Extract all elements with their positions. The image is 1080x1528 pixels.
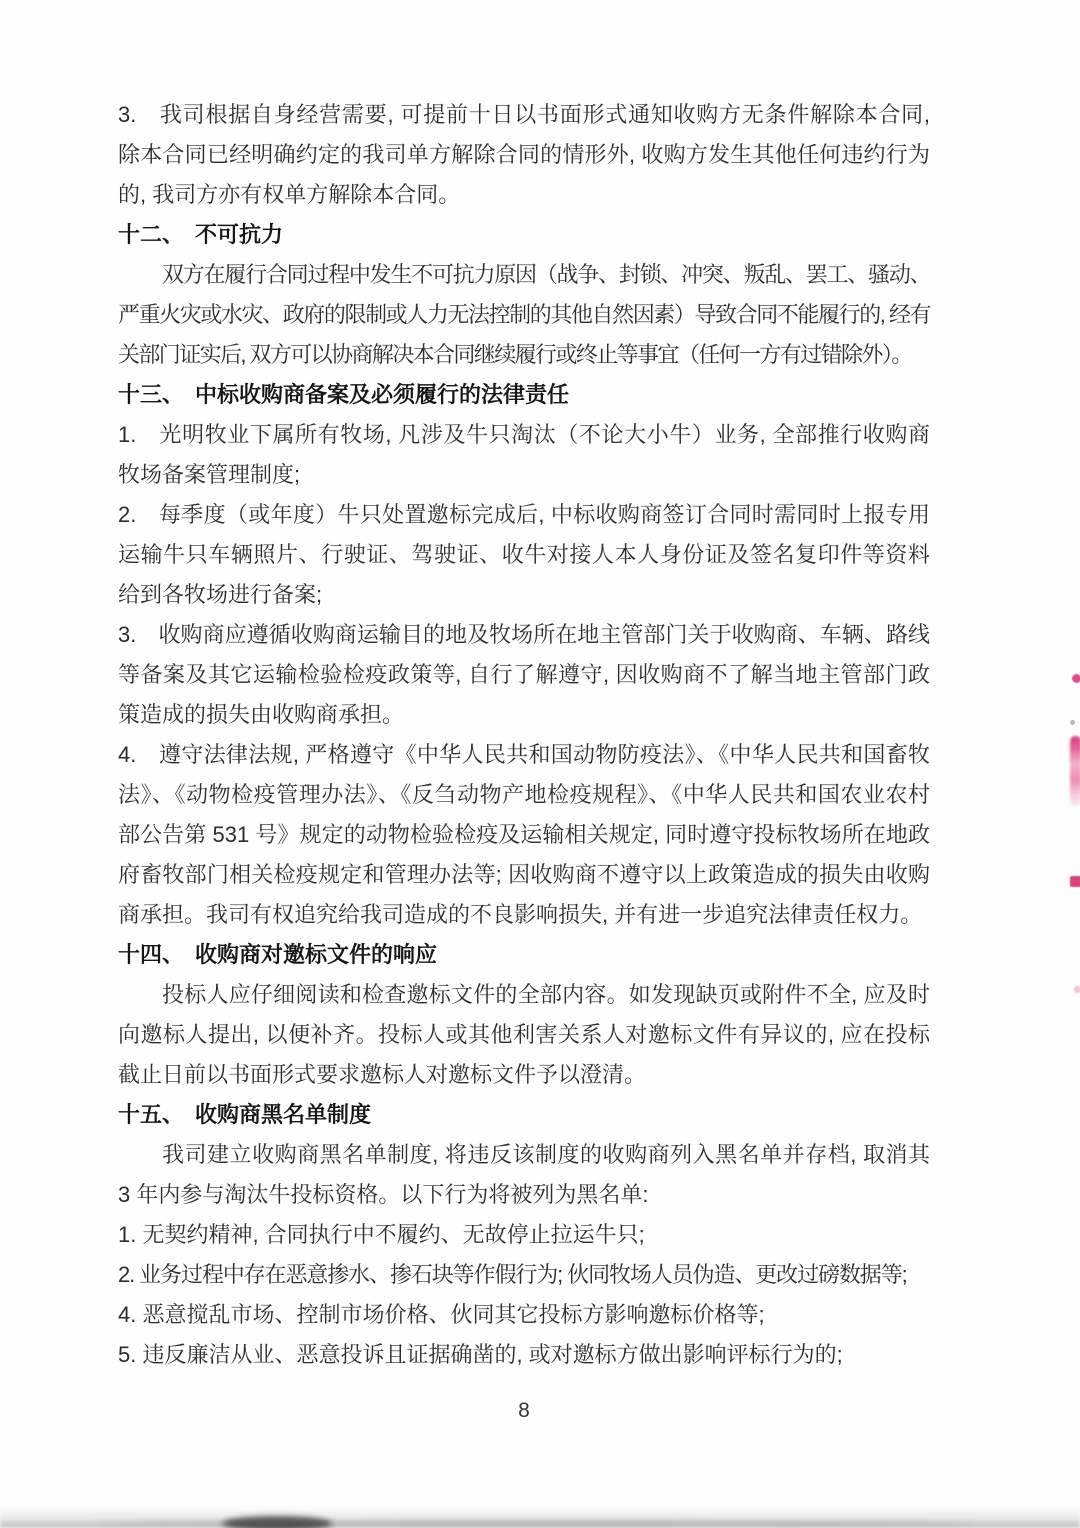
scan-stamp-square-mark — [1070, 876, 1080, 887]
doc-paragraph: 2. 每季度（或年度）牛只处置邀标完成后, 中标收购商签订合同时需同时上报专用运… — [118, 495, 930, 615]
doc-paragraph: 双方在履行合同过程中发生不可抗力原因（战争、封锁、冲突、叛乱、罢工、骚动、严重火… — [118, 255, 930, 375]
doc-paragraph: 投标人应仔细阅读和检查邀标文件的全部内容。如发现缺页或附件不全, 应及时向邀标人… — [118, 975, 930, 1095]
scan-stamp-faint-dot-mark — [1074, 986, 1080, 993]
scan-gray-speck-mark — [1070, 720, 1075, 725]
doc-paragraph: 5. 违反廉洁从业、恶意投诉且证据确凿的, 或对邀标方做出影响评标行为的; — [118, 1335, 930, 1375]
scan-bottom-smudge-blob — [222, 1516, 332, 1528]
doc-paragraph: 1. 光明牧业下属所有牧场, 凡涉及牛只淘汰（不论大小牛）业务, 全部推行收购商… — [118, 415, 930, 495]
scan-bottom-smudge-band — [0, 1506, 1080, 1528]
document-page: 3. 我司根据自身经营需要, 可提前十日以书面形式通知收购方无条件解除本合同, … — [0, 0, 1080, 1528]
doc-paragraph: 2. 业务过程中存在恶意掺水、掺石块等作假行为; 伙同牧场人员伪造、更改过磅数据… — [118, 1255, 930, 1295]
page-number: 8 — [118, 1391, 930, 1431]
document-content: 3. 我司根据自身经营需要, 可提前十日以书面形式通知收购方无条件解除本合同, … — [118, 95, 930, 1431]
doc-paragraph: 4. 恶意搅乱市场、控制市场价格、伙同其它投标方影响邀标价格等; — [118, 1295, 930, 1335]
doc-heading: 十二、 不可抗力 — [118, 215, 930, 255]
scan-stamp-streak-mark — [1070, 736, 1080, 806]
doc-heading: 十五、 收购商黑名单制度 — [118, 1095, 930, 1135]
scan-stamp-dot-mark — [1072, 674, 1080, 683]
doc-paragraph: 4. 遵守法律法规, 严格遵守《中华人民共和国动物防疫法》、《中华人民共和国畜牧… — [118, 735, 930, 935]
doc-paragraph: 3. 我司根据自身经营需要, 可提前十日以书面形式通知收购方无条件解除本合同, … — [118, 95, 930, 215]
document-blocks: 3. 我司根据自身经营需要, 可提前十日以书面形式通知收购方无条件解除本合同, … — [118, 95, 930, 1375]
doc-paragraph: 1. 无契约精神, 合同执行中不履约、无故停止拉运牛只; — [118, 1215, 930, 1255]
doc-paragraph: 3. 收购商应遵循收购商运输目的地及牧场所在地主管部门关于收购商、车辆、路线等备… — [118, 615, 930, 735]
doc-paragraph: 我司建立收购商黑名单制度, 将违反该制度的收购商列入黑名单并存档, 取消其 3 … — [118, 1135, 930, 1215]
doc-heading: 十四、 收购商对邀标文件的响应 — [118, 935, 930, 975]
doc-heading: 十三、 中标收购商备案及必须履行的法律责任 — [118, 375, 930, 415]
